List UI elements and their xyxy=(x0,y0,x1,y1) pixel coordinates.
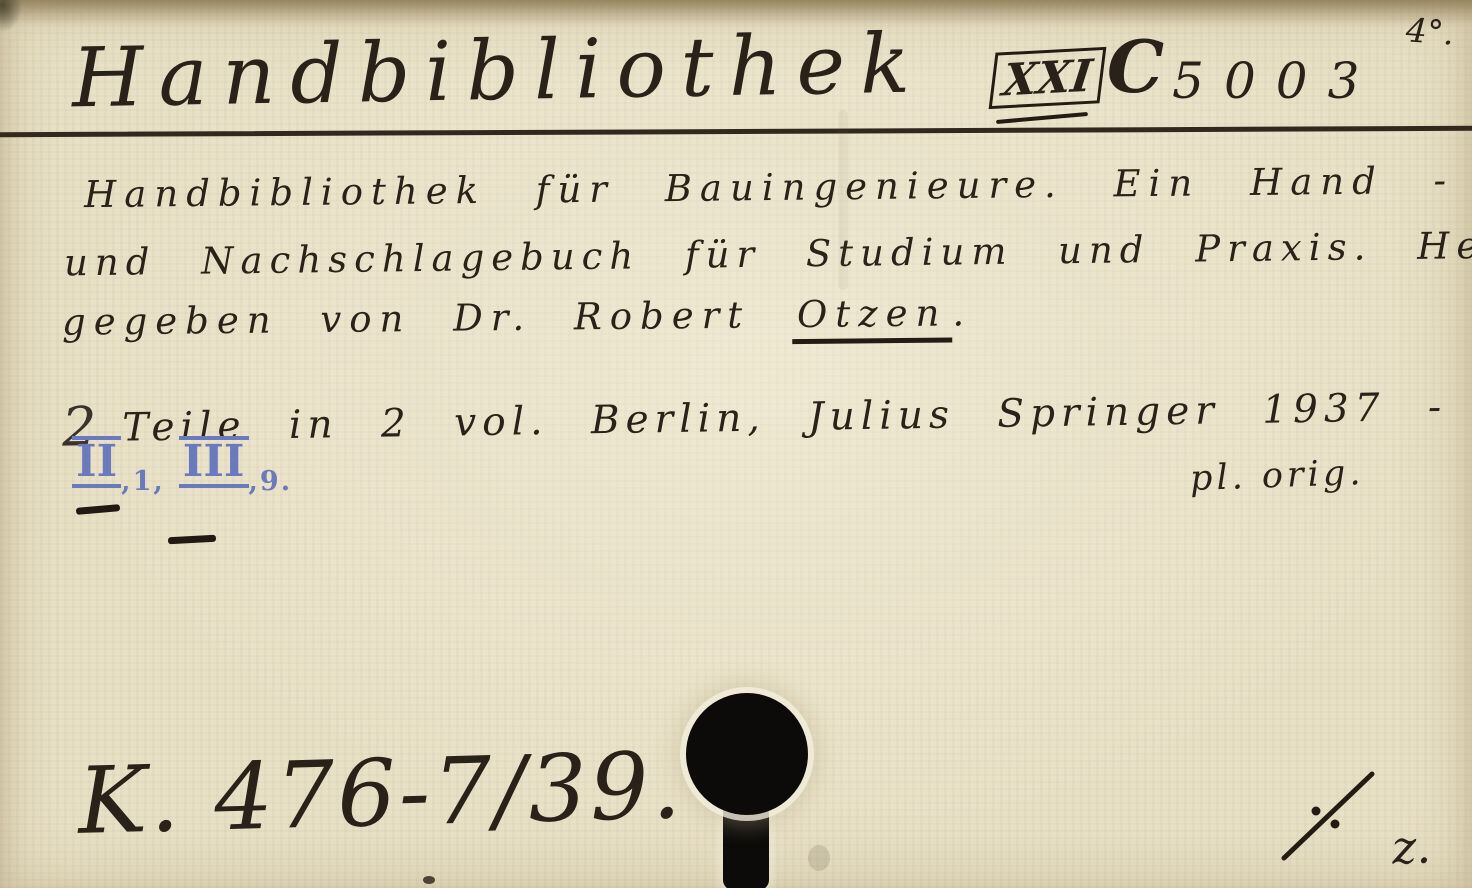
catalog-card: Handbibliothek XXI C 5003 4°. Handbiblio… xyxy=(0,0,1472,888)
title-line-3: gegeben von Dr. Robert Otzen. xyxy=(62,291,973,344)
heading-rule xyxy=(0,126,1472,137)
holdings-blue-numerals: II,1,III,9. xyxy=(72,436,306,497)
underline-dash-1 xyxy=(76,504,120,515)
dotted-slash-mark xyxy=(1276,766,1386,866)
shelfmark-letter: C xyxy=(1107,36,1164,97)
author-name-underlined: Otzen xyxy=(792,291,953,344)
issue-mark-9: ,9. xyxy=(249,466,293,497)
check-note: z. xyxy=(1391,819,1432,874)
roman-numeral-III: III xyxy=(179,436,249,488)
title-line-2: und Nachschlagebuch für Studium und Prax… xyxy=(64,223,1472,285)
plate-note: pl. orig. xyxy=(1189,453,1365,499)
format-mark-quarto: 4°. xyxy=(1405,10,1456,52)
paper-crease xyxy=(838,110,848,290)
corner-smudge xyxy=(0,0,22,32)
paper-smudge xyxy=(808,845,830,871)
title-line-3-end: . xyxy=(952,291,972,334)
underline-dash-2 xyxy=(168,535,216,545)
title-line-1: Handbibliothek für Bauingenieure. Ein Ha… xyxy=(84,159,1454,216)
ink-speck xyxy=(423,876,435,884)
punch-hole xyxy=(686,693,808,815)
card-heading: Handbibliothek xyxy=(71,17,925,127)
accession-number: K. 476-7/39. xyxy=(77,732,685,855)
shelfmark-class-boxed: XXI xyxy=(989,47,1107,109)
shelfmark: XXI C 5003 xyxy=(992,36,1379,110)
shelfmark-box-underline xyxy=(996,112,1088,124)
issue-mark-1: ,1, xyxy=(121,466,165,497)
roman-numeral-II: II xyxy=(72,436,121,488)
title-line-3-start: gegeben von Dr. Robert xyxy=(62,294,751,344)
shelfmark-number: 5003 xyxy=(1172,52,1379,110)
imprint-text: Teile in 2 vol. Berlin, Julius Springer … xyxy=(122,383,1472,450)
